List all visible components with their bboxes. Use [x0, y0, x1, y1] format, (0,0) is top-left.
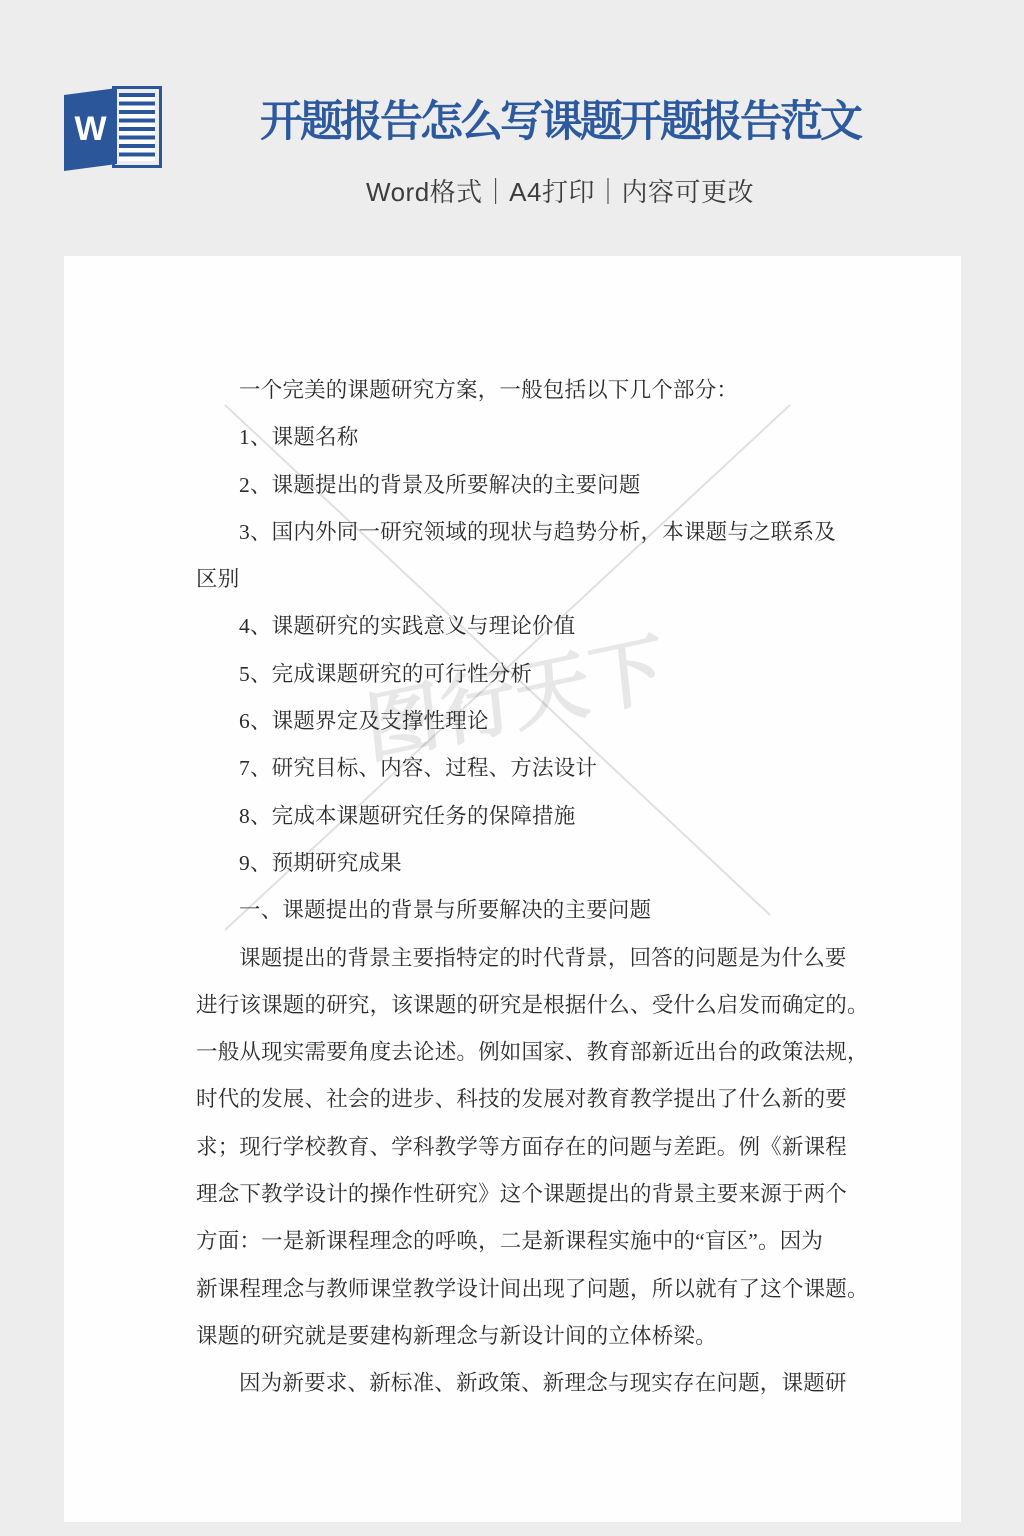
- word-icon-letter: W: [74, 110, 106, 149]
- text-line: 求；现行学校教育、学科教学等方面存在的问题与差距。例《新课程: [196, 1124, 911, 1171]
- text-line: 2、课题提出的背景及所要解决的主要问题: [196, 462, 911, 509]
- text-line: 进行该课题的研究，该课题的研究是根据什么、受什么启发而确定的。: [196, 982, 911, 1029]
- text-line: 5、完成课题研究的可行性分析: [196, 651, 911, 698]
- text-line: 6、课题界定及支撑性理论: [196, 698, 911, 745]
- text-line: 课题的研究就是要建构新理念与新设计间的立体桥梁。: [196, 1313, 911, 1360]
- text-line: 一个完美的课题研究方案，一般包括以下几个部分：: [196, 367, 911, 414]
- text-line: 方面：一是新课程理念的呼唤，二是新课程实施中的“盲区”。因为: [196, 1218, 911, 1265]
- text-line: 课题提出的背景主要指特定的时代背景，回答的问题是为什么要: [196, 935, 911, 982]
- text-line: 一般从现实需要角度去论述。例如国家、教育部新近出台的政策法规，: [196, 1029, 911, 1076]
- text-line: 4、课题研究的实践意义与理论价值: [196, 603, 911, 650]
- page-background: W 开题报告怎么写课题开题报告范文 Word格式｜A4打印｜内容可更改 图行天下…: [0, 0, 1024, 1536]
- text-line: 一、课题提出的背景与所要解决的主要问题: [196, 887, 911, 934]
- word-icon: W: [64, 85, 160, 172]
- text-line: 新课程理念与教师课堂教学设计间出现了问题，所以就有了这个课题。: [196, 1266, 911, 1313]
- text-line: 区别: [196, 556, 911, 603]
- text-line: 3、国内外同一研究领域的现状与趋势分析，本课题与之联系及: [196, 509, 911, 556]
- text-line: 9、预期研究成果: [196, 840, 911, 887]
- document-page: 图行天下 一个完美的课题研究方案，一般包括以下几个部分：1、课题名称2、课题提出…: [64, 256, 961, 1522]
- text-line: 时代的发展、社会的进步、科技的发展对教育教学提出了什么新的要: [196, 1076, 911, 1123]
- word-icon-panel: W: [64, 88, 117, 171]
- text-line: 8、完成本课题研究任务的保障措施: [196, 793, 911, 840]
- header: W 开题报告怎么写课题开题报告范文 Word格式｜A4打印｜内容可更改: [0, 0, 1024, 256]
- document-body: 一个完美的课题研究方案，一般包括以下几个部分：1、课题名称2、课题提出的背景及所…: [196, 367, 911, 1408]
- text-line: 7、研究目标、内容、过程、方法设计: [196, 745, 911, 792]
- page-subtitle: Word格式｜A4打印｜内容可更改: [160, 172, 960, 209]
- text-line: 理念下教学设计的操作性研究》这个课题提出的背景主要来源于两个: [196, 1171, 911, 1218]
- word-icon-document-sheet: [112, 86, 162, 168]
- page-title: 开题报告怎么写课题开题报告范文: [160, 88, 960, 149]
- text-line: 1、课题名称: [196, 414, 911, 461]
- text-line: 因为新要求、新标准、新政策、新理念与现实存在问题，课题研: [196, 1360, 911, 1407]
